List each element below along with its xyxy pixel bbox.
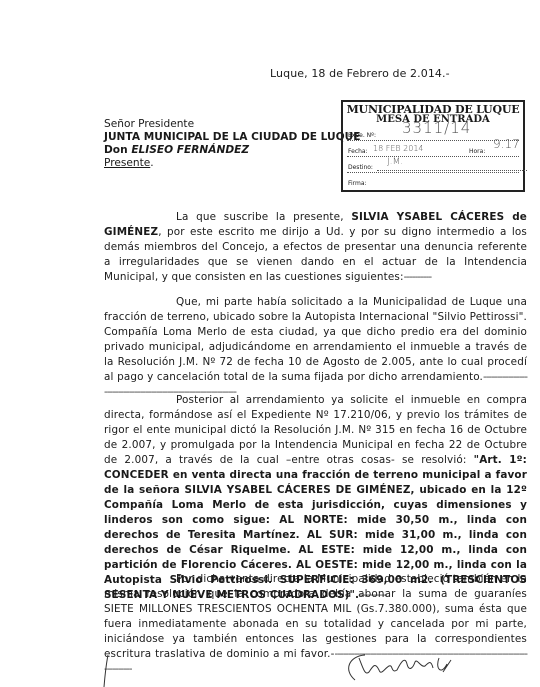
name-prefix: Don bbox=[104, 144, 131, 156]
stamp-field-firma: Firma: bbox=[347, 173, 519, 188]
presente-line: Presente. bbox=[104, 157, 360, 170]
signature bbox=[335, 650, 475, 687]
addressee-name: ELISEO FERNÁNDEZ bbox=[131, 144, 249, 156]
institution-name: JUNTA MUNICIPAL DE LA CIUDAD DE LUQUE bbox=[104, 131, 360, 144]
p3-text: Posterior al arrendamiento ya solicite e… bbox=[104, 394, 527, 466]
paragraph-1: La que suscribe la presente, SILVIA YSAB… bbox=[104, 210, 527, 285]
stamp-handwritten-value: J.M. bbox=[387, 157, 403, 167]
stamp-label: Expe. Nº: bbox=[348, 132, 376, 139]
stamp-label: Destino: bbox=[348, 164, 373, 171]
salutation: Señor Presidente bbox=[104, 118, 360, 131]
stamp-date-value: 18 FEB 2014 bbox=[373, 144, 424, 153]
margin-pen-mark bbox=[100, 655, 120, 687]
stamp-label: Firma: bbox=[348, 180, 367, 187]
addressee-block: Señor Presidente JUNTA MUNICIPAL DE LA C… bbox=[104, 118, 360, 170]
stamp-label: Fecha: bbox=[348, 148, 368, 155]
reception-stamp: MUNICIPALIDAD DE LUQUE MESA DE ENTRADA E… bbox=[341, 100, 525, 192]
addressee-name-line: Don ELISEO FERNÁNDEZ bbox=[104, 144, 360, 157]
presente-suffix: . bbox=[150, 157, 153, 169]
stamp-firma-line bbox=[377, 170, 527, 171]
p1-text: , por este escrito me dirijo a Ud. y por… bbox=[104, 226, 527, 283]
stamp-label: Hora: bbox=[469, 148, 485, 155]
p2-text: Que, mi parte había solicitado a la Muni… bbox=[104, 296, 527, 383]
presente: Presente bbox=[104, 157, 150, 169]
paragraph-2: Que, mi parte había solicitado a la Muni… bbox=[104, 295, 527, 400]
p1-intro: La que suscribe la presente, bbox=[176, 211, 351, 223]
stamp-field-fecha: Fecha: 18 FEB 2014 Hora: 9.17 bbox=[347, 141, 519, 157]
stamp-handwritten-value: 9.17 bbox=[493, 137, 520, 151]
stamp-handwritten-value: 3311/14 bbox=[402, 119, 471, 137]
filler-dashes: ---------- bbox=[404, 271, 432, 283]
p4-text: Por dicha venta directa la Municipalidad… bbox=[104, 573, 527, 660]
document-date: Luque, 18 de Febrero de 2.014.- bbox=[270, 67, 450, 80]
